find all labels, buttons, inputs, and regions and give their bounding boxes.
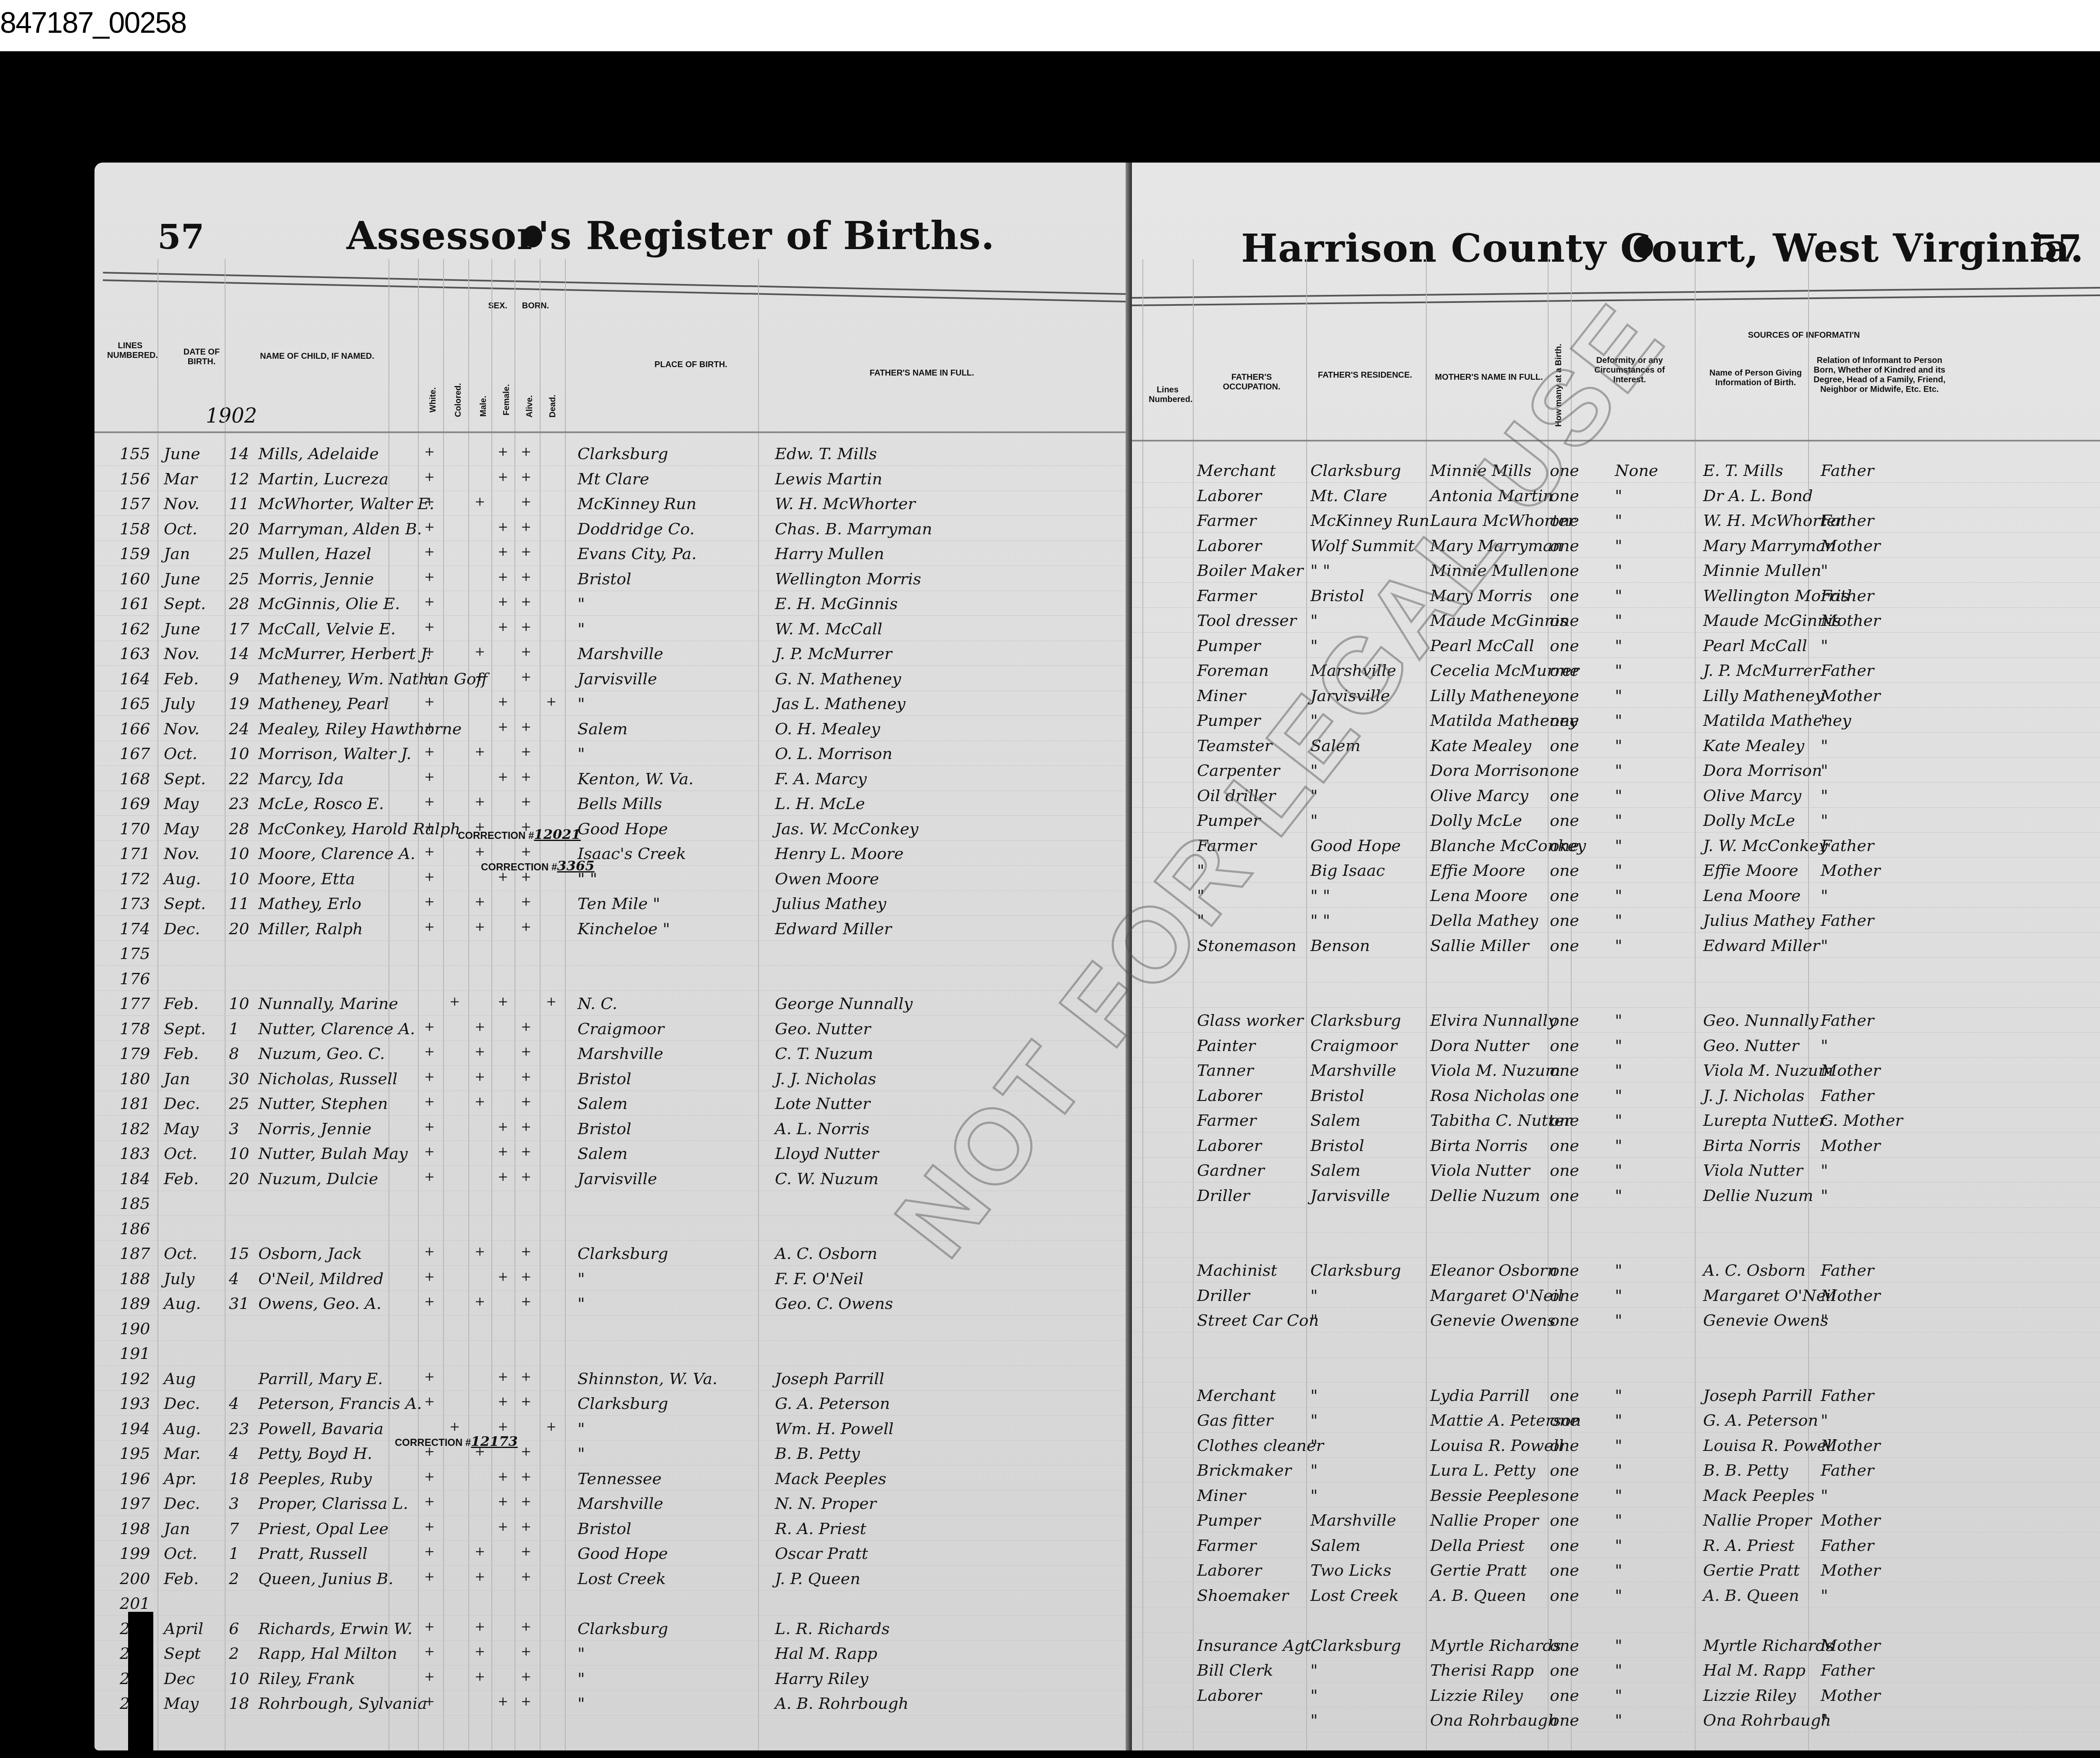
image-id-label: 847187_00258 <box>0 6 186 39</box>
birth-day: 25 <box>229 1094 249 1113</box>
informant-relation: Father <box>1821 1661 1874 1679</box>
birth-month: Feb. <box>164 1169 199 1188</box>
mother-name: Eleanor Osborn <box>1430 1261 1557 1280</box>
female-mark: + <box>498 470 508 484</box>
ruled-line <box>94 1390 1132 1391</box>
ink-blot <box>1634 236 1653 258</box>
alive-mark: + <box>521 1644 531 1659</box>
birth-day: 24 <box>229 720 249 738</box>
how-many-at-birth: one <box>1550 1011 1579 1030</box>
deformity-note: " <box>1615 836 1622 855</box>
table-row: Brickmaker"Lura L. Pettyone"B. B. PettyF… <box>1132 1458 2100 1483</box>
place-of-birth: N. C. <box>577 994 617 1013</box>
father-name: G. A. Peterson <box>775 1394 890 1413</box>
father-occupation: Teamster <box>1197 736 1272 755</box>
father-name: Hal M. Rapp <box>775 1644 877 1663</box>
informant-relation: Mother <box>1821 1286 1880 1305</box>
white-mark: + <box>424 1244 435 1259</box>
how-many-at-birth: one <box>1550 611 1579 630</box>
white-mark: + <box>424 694 435 709</box>
birth-day: 10 <box>229 844 249 863</box>
ruled-line <box>94 1715 1132 1716</box>
ruled-line <box>1132 1582 2100 1582</box>
informant-name: Olive Marcy <box>1703 786 1801 805</box>
ruled-line <box>1132 1732 2100 1732</box>
informant-relation: " <box>1821 886 1828 905</box>
female-mark: + <box>498 594 508 609</box>
place-of-birth: Clarksburg <box>577 1619 668 1638</box>
informant-name: Joseph Parrill <box>1703 1386 1812 1405</box>
birth-month: Dec. <box>164 920 200 938</box>
father-occupation: Driller <box>1197 1286 1250 1305</box>
line-number: 168 <box>120 770 150 788</box>
table-row: FarmerGood HopeBlanche McConkeyone"J. W.… <box>1132 834 2100 858</box>
how-many-at-birth: one <box>1550 736 1579 755</box>
father-name: Lewis Martin <box>775 470 882 488</box>
ruled-line <box>1132 782 2100 783</box>
deformity-note: " <box>1615 1161 1622 1180</box>
birth-day: 1 <box>229 1544 239 1563</box>
line-number: 172 <box>120 870 150 888</box>
birth-month: Nov. <box>164 844 199 863</box>
register-book: 57 Assessor's Register of Births. Lines … <box>94 163 2100 1750</box>
line-number: 179 <box>120 1044 150 1063</box>
dead-mark: + <box>546 1419 556 1434</box>
deformity-note: " <box>1615 486 1622 505</box>
table-row: Driller"Margaret O'Neilone"Margaret O'Ne… <box>1132 1284 2100 1308</box>
ruled-line <box>1132 1457 2100 1458</box>
ruled-line <box>1132 1107 2100 1108</box>
child-name: Moore, Etta <box>258 870 355 888</box>
how-many-at-birth: one <box>1550 836 1579 855</box>
ruled-line <box>1132 1632 2100 1632</box>
col-head-female: Female. <box>502 360 512 440</box>
male-mark: + <box>475 920 485 934</box>
mother-name: Maude McGinnis <box>1430 611 1568 630</box>
table-row: LaborerBristolBirta Norrisone"Birta Norr… <box>1132 1134 2100 1158</box>
place-of-birth: Salem <box>577 1094 627 1113</box>
father-occupation: Tanner <box>1197 1061 1254 1080</box>
table-row: Insurance Agt.ClarksburgMyrtle Richardso… <box>1132 1634 2100 1658</box>
colored-mark: + <box>449 994 460 1009</box>
ruled-line <box>1132 957 2100 958</box>
deformity-note: " <box>1615 1061 1622 1080</box>
female-mark: + <box>498 520 508 534</box>
line-number: 195 <box>120 1444 150 1463</box>
place-of-birth: Salem <box>577 1144 627 1163</box>
alive-mark: + <box>521 1394 531 1409</box>
left-page: 57 Assessor's Register of Births. Lines … <box>94 163 1132 1750</box>
right-page-title: Harrison County Court, West Virginia. <box>1241 226 2084 271</box>
father-residence: Salem <box>1310 1536 1360 1555</box>
deformity-note: " <box>1615 1286 1622 1305</box>
table-row: Tool dresser"Maude McGinnisone"Maude McG… <box>1132 609 2100 633</box>
ruled-line <box>1132 1032 2100 1033</box>
place-of-birth: Salem <box>577 720 627 738</box>
father-name: O. L. Morrison <box>775 744 892 763</box>
birth-month: Aug. <box>164 1419 201 1438</box>
how-many-at-birth: one <box>1550 1061 1579 1080</box>
ruled-line <box>94 915 1132 916</box>
father-residence: McKinney Run <box>1310 511 1429 530</box>
father-residence: Salem <box>1310 1111 1360 1130</box>
white-mark: + <box>424 620 435 634</box>
father-name: Lote Nutter <box>775 1094 870 1113</box>
table-row: 185 <box>94 1192 1132 1216</box>
father-occupation: Boiler Maker <box>1197 561 1303 580</box>
how-many-at-birth: one <box>1550 1586 1579 1605</box>
birth-day: 10 <box>229 870 249 888</box>
how-many-at-birth: one <box>1550 636 1579 655</box>
table-row: 198Jan7Priest, Opal Lee+++BristolR. A. P… <box>94 1517 1132 1541</box>
line-number: 165 <box>120 694 150 713</box>
birth-day: 6 <box>229 1619 239 1638</box>
alive-mark: + <box>521 1469 531 1484</box>
birth-month: July <box>164 694 194 713</box>
birth-day: 19 <box>229 694 249 713</box>
father-occupation: Tool dresser <box>1197 611 1297 630</box>
white-mark: + <box>424 844 435 859</box>
mother-name: Viola M. Nuzum <box>1430 1061 1560 1080</box>
informant-relation: Father <box>1821 1461 1874 1479</box>
scan-edge <box>128 1612 153 1750</box>
father-occupation: Carpenter <box>1197 761 1280 780</box>
father-name: Wellington Morris <box>775 570 921 588</box>
white-mark: + <box>424 1619 435 1634</box>
white-mark: + <box>424 770 435 784</box>
deformity-note: None <box>1615 461 1658 480</box>
father-residence: " " <box>1310 886 1330 905</box>
line-number: 159 <box>120 544 150 563</box>
mother-name: Lizzie Riley <box>1430 1686 1523 1705</box>
birth-day: 4 <box>229 1444 239 1463</box>
table-row: Clothes cleaner"Louisa R. Powellone"Loui… <box>1132 1434 2100 1458</box>
father-residence: Good Hope <box>1310 836 1401 855</box>
how-many-at-birth: one <box>1550 1086 1579 1105</box>
informant-name: A. B. Queen <box>1703 1586 1799 1605</box>
child-name: Norris, Jennie <box>258 1119 372 1138</box>
alive-mark: + <box>521 570 531 584</box>
table-row: TeamsterSalemKate Mealeyone"Kate Mealey" <box>1132 734 2100 758</box>
place-of-birth: Marshville <box>577 1044 663 1063</box>
table-row: 157Nov.11McWhorter, Walter E.+++McKinney… <box>94 492 1132 516</box>
deformity-note: " <box>1615 936 1622 955</box>
right-page-number: 57 <box>2035 228 2082 267</box>
birth-month: Jan <box>164 1070 190 1088</box>
child-name: Morrison, Walter J. <box>258 744 411 763</box>
mother-name: Lura L. Petty <box>1430 1461 1535 1479</box>
father-name: Jas. W. McConkey <box>775 820 919 838</box>
line-number: 194 <box>120 1419 150 1438</box>
child-name: Nicholas, Russell <box>258 1070 397 1088</box>
father-occupation: Stonemason <box>1197 936 1297 955</box>
father-residence: Lost Creek <box>1310 1586 1399 1605</box>
white-mark: + <box>424 544 435 559</box>
table-row: Boiler Maker" "Minnie Mullenone"Minnie M… <box>1132 559 2100 583</box>
ruled-line <box>94 765 1132 766</box>
how-many-at-birth: one <box>1550 1661 1579 1679</box>
table-row: LaborerBristolRosa Nicholasone"J. J. Nic… <box>1132 1084 2100 1108</box>
table-row: 155June14Mills, Adelaide+++ClarksburgEdw… <box>94 442 1132 466</box>
line-number: 188 <box>120 1269 150 1288</box>
deformity-note: " <box>1615 1011 1622 1030</box>
line-number: 184 <box>120 1169 150 1188</box>
white-mark: + <box>424 820 435 834</box>
ruled-line <box>94 1490 1132 1491</box>
line-number: 162 <box>120 620 150 638</box>
table-row: 170May28McConkey, Harold Ralph+++Good Ho… <box>94 817 1132 841</box>
informant-name: Effie Moore <box>1703 861 1798 880</box>
informant-relation: Father <box>1821 661 1874 680</box>
birth-month: Feb. <box>164 1044 199 1063</box>
ruled-line <box>94 791 1132 791</box>
father-occupation: Merchant <box>1197 1386 1276 1405</box>
how-many-at-birth: one <box>1550 1536 1579 1555</box>
female-mark: + <box>498 1269 508 1284</box>
father-occupation: Pumper <box>1197 711 1260 730</box>
alive-mark: + <box>521 1444 531 1459</box>
father-name: Geo. C. Owens <box>775 1294 893 1313</box>
white-mark: + <box>424 1044 435 1059</box>
female-mark: + <box>498 1694 508 1709</box>
mother-name: Louisa R. Powell <box>1430 1436 1564 1455</box>
father-name: E. H. McGinnis <box>775 594 898 613</box>
father-name: N. N. Proper <box>775 1494 877 1513</box>
father-residence: Clarksburg <box>1310 461 1401 480</box>
ruled-line <box>1132 582 2100 583</box>
informant-relation: " <box>1821 1186 1828 1205</box>
father-occupation: Glass worker <box>1197 1011 1304 1030</box>
mother-name: Effie Moore <box>1430 861 1525 880</box>
white-mark: + <box>424 1469 435 1484</box>
white-mark: + <box>424 1494 435 1509</box>
birth-month: Dec <box>164 1669 195 1688</box>
deformity-note: " <box>1615 1136 1622 1155</box>
father-name: Jas L. Matheney <box>775 694 906 713</box>
child-name: Matheney, Pearl <box>258 694 389 713</box>
left-page-title: Assessor's Register of Births. <box>346 213 995 258</box>
deformity-note: " <box>1615 511 1622 530</box>
alive-mark: + <box>521 1669 531 1684</box>
col-head-informant: Name of Person Giving Information of Bir… <box>1707 368 1804 388</box>
ruled-line <box>94 1515 1132 1516</box>
alive-mark: + <box>521 1070 531 1084</box>
ruled-line <box>1132 532 2100 533</box>
how-many-at-birth: one <box>1550 511 1579 530</box>
header-rule <box>103 272 1132 302</box>
father-residence: Clarksburg <box>1310 1261 1401 1280</box>
mother-name: Della Priest <box>1430 1536 1525 1555</box>
father-residence: Marshville <box>1310 1511 1396 1529</box>
mother-name: Lydia Parrill <box>1430 1386 1530 1405</box>
how-many-at-birth: one <box>1550 661 1579 680</box>
place-of-birth: " <box>577 694 585 713</box>
child-name: Miller, Ralph <box>258 920 363 938</box>
alive-mark: + <box>521 544 531 559</box>
informant-relation: Father <box>1821 836 1874 855</box>
father-residence: " <box>1310 811 1318 830</box>
female-mark: + <box>498 720 508 734</box>
how-many-at-birth: one <box>1550 1461 1579 1479</box>
line-number: 181 <box>120 1094 150 1113</box>
informant-name: Lizzie Riley <box>1703 1686 1796 1705</box>
white-mark: + <box>424 1569 435 1584</box>
deformity-note: " <box>1615 1186 1622 1205</box>
line-number: 173 <box>120 894 150 913</box>
birth-month: July <box>164 1269 194 1288</box>
place-of-birth: Marshville <box>577 1494 663 1513</box>
informant-relation: " <box>1821 811 1828 830</box>
line-number: 161 <box>120 594 150 613</box>
table-row: ForemanMarshvilleCecelia McMurrerone"J. … <box>1132 659 2100 683</box>
birth-day: 8 <box>229 1044 239 1063</box>
father-name: J. P. McMurrer <box>775 644 892 663</box>
col-head-name: NAME OF CHILD, IF NAMED. <box>254 352 380 361</box>
mother-name: Genevie Owens <box>1430 1311 1555 1330</box>
place-of-birth: " <box>577 620 585 638</box>
table-row: ShoemakerLost CreekA. B. Queenone"A. B. … <box>1132 1584 2100 1608</box>
father-occupation: Gardner <box>1197 1161 1265 1180</box>
table-row: 187Oct.15Osborn, Jack+++ClarksburgA. C. … <box>94 1242 1132 1266</box>
child-name: Peterson, Francis A. <box>258 1394 422 1413</box>
father-residence: Wolf Summit <box>1310 536 1415 555</box>
stamp-number: 12021 <box>534 826 580 842</box>
white-mark: + <box>424 594 435 609</box>
line-number: 167 <box>120 744 150 763</box>
white-mark: + <box>424 920 435 934</box>
father-occupation: Laborer <box>1197 1086 1262 1105</box>
place-of-birth: Good Hope <box>577 820 668 838</box>
informant-relation: " <box>1821 1036 1828 1055</box>
father-occupation: Farmer <box>1197 511 1256 530</box>
col-head-date: Date of Birth. <box>170 347 233 367</box>
left-page-number: 57 <box>157 217 204 257</box>
birth-month: Dec. <box>164 1394 200 1413</box>
place-of-birth: Bristol <box>577 1119 631 1138</box>
white-mark: + <box>424 1669 435 1684</box>
child-name: Matheney, Wm. Nathan Goff <box>258 670 488 688</box>
place-of-birth: Tennessee <box>577 1469 661 1488</box>
informant-name: Dr A. L. Bond <box>1703 486 1813 505</box>
line-number: 196 <box>120 1469 150 1488</box>
col-head-sex: SEX. <box>481 301 514 311</box>
alive-mark: + <box>521 594 531 609</box>
mother-name: Elvira Nunnally <box>1430 1011 1557 1030</box>
header-bottom-rule <box>1132 440 2100 441</box>
birth-day: 20 <box>229 520 249 538</box>
birth-day: 3 <box>229 1494 239 1513</box>
alive-mark: + <box>521 1269 531 1284</box>
ruled-line <box>94 741 1132 741</box>
birth-month: Dec. <box>164 1094 200 1113</box>
table-row: 173Sept.11Mathey, Erlo+++Ten Mile "Juliu… <box>94 892 1132 916</box>
informant-relation: " <box>1821 761 1828 780</box>
col-head-place: PLACE OF BIRTH. <box>640 360 741 370</box>
col-head-lines: Lines Numbered. <box>1149 385 1186 405</box>
ruled-line <box>94 491 1132 491</box>
father-residence: Jarvisville <box>1310 1186 1390 1205</box>
place-of-birth: Mt Clare <box>577 470 649 488</box>
table-row: Pumper"Dolly McLeone"Dolly McLe" <box>1132 809 2100 833</box>
deformity-note: " <box>1615 1561 1622 1579</box>
ruled-line <box>1132 907 2100 908</box>
how-many-at-birth: one <box>1550 561 1579 580</box>
table-row: Pumper"Matilda Matheneyone"Matilda Mathe… <box>1132 709 2100 733</box>
mother-name: Minnie Mullen <box>1430 561 1548 580</box>
place-of-birth: Kenton, W. Va. <box>577 770 693 788</box>
alive-mark: + <box>521 1294 531 1309</box>
alive-mark: + <box>521 1144 531 1159</box>
birth-day: 17 <box>229 620 249 638</box>
table-row: 165July19Matheney, Pearl+++"Jas L. Mathe… <box>94 692 1132 716</box>
informant-relation: " <box>1821 1311 1828 1330</box>
table-row: FarmerBristolMary Morrisone"Wellington M… <box>1132 584 2100 608</box>
alive-mark: + <box>521 494 531 509</box>
child-name: McCall, Velvie E. <box>258 620 396 638</box>
birth-day: 12 <box>229 470 249 488</box>
col-head-mother: MOTHER'S NAME IN FULL. <box>1434 373 1543 382</box>
father-occupation: Pumper <box>1197 1511 1260 1529</box>
child-name: Queen, Junius B. <box>258 1569 394 1588</box>
line-number: 200 <box>120 1569 150 1588</box>
informant-name: B. B. Petty <box>1703 1461 1788 1479</box>
informant-relation: Father <box>1821 1261 1874 1280</box>
informant-name: Lurepta Nutter <box>1703 1111 1827 1130</box>
informant-relation: " <box>1821 561 1828 580</box>
ruled-line <box>1132 1482 2100 1482</box>
deformity-note: " <box>1615 1036 1622 1055</box>
informant-name: E. T. Mills <box>1703 461 1783 480</box>
deformity-note: " <box>1615 1686 1622 1705</box>
birth-month: May <box>164 794 199 813</box>
birth-month: Nov. <box>164 644 199 663</box>
ruled-line <box>94 1640 1132 1641</box>
alive-mark: + <box>521 770 531 784</box>
informant-relation: Mother <box>1821 1561 1880 1579</box>
birth-month: Dec. <box>164 1494 200 1513</box>
father-residence: Two Licks <box>1310 1561 1391 1579</box>
line-number: 166 <box>120 720 150 738</box>
header-rule <box>1132 286 2100 306</box>
mother-name: Dora Morrison <box>1430 761 1549 780</box>
white-mark: + <box>424 644 435 659</box>
informant-relation: " <box>1821 1486 1828 1505</box>
female-mark: + <box>498 570 508 584</box>
ruled-line <box>1132 1657 2100 1658</box>
father-residence: " <box>1310 636 1318 655</box>
table-row: 205May18Rohrbough, Sylvania+++"A. B. Roh… <box>94 1692 1132 1716</box>
father-residence: " <box>1310 761 1318 780</box>
informant-name: Pearl McCall <box>1703 636 1807 655</box>
ruled-line <box>94 1041 1132 1041</box>
how-many-at-birth: one <box>1550 1286 1579 1305</box>
father-name: F. F. O'Neil <box>775 1269 864 1288</box>
how-many-at-birth: one <box>1550 686 1579 705</box>
deformity-note: " <box>1615 811 1622 830</box>
deformity-note: " <box>1615 1086 1622 1105</box>
child-name: Marcy, Ida <box>258 770 344 788</box>
ruled-line <box>94 1140 1132 1141</box>
white-mark: + <box>424 1544 435 1559</box>
father-name: A. L. Norris <box>775 1119 869 1138</box>
ruled-line <box>94 715 1132 716</box>
father-residence: Big Isaac <box>1310 861 1385 880</box>
alive-mark: + <box>521 670 531 684</box>
alive-mark: + <box>521 844 531 859</box>
ruled-line <box>94 1365 1132 1366</box>
ruled-line <box>94 1065 1132 1066</box>
deformity-note: " <box>1615 1461 1622 1479</box>
